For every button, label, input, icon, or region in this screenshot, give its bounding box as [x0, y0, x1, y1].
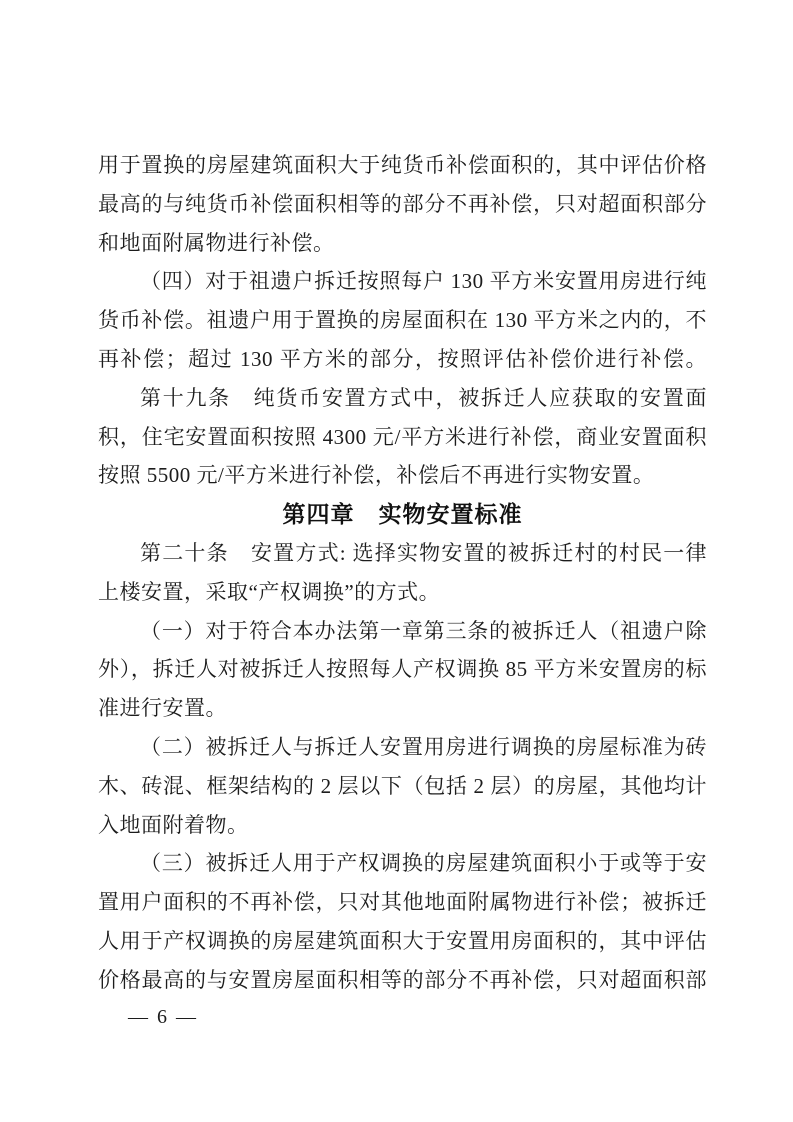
- text-line: 第十九条 纯货币安置方式中，被拆迁人应获取的安置面: [98, 379, 707, 418]
- text-line: 第二十条 安置方式: 选择实物安置的被拆迁村的村民一律: [98, 534, 707, 573]
- page-footer: — 6 —: [128, 1002, 198, 1032]
- text-line: 和地面附属物进行补偿。: [98, 224, 707, 263]
- text-line: 价格最高的与安置房屋面积相等的部分不再补偿，只对超面积部: [98, 961, 707, 1000]
- paragraph: （四）对于祖遗户拆迁按照每户 130 平方米安置用房进行纯货币补偿。祖遗户用于置…: [98, 262, 707, 378]
- text-line: （二）被拆迁人与拆迁人安置用房进行调换的房屋标准为砖: [98, 728, 707, 767]
- text-line: 最高的与纯货币补偿面积相等的部分不再补偿，只对超面积部分: [98, 185, 707, 224]
- paragraph: 第十九条 纯货币安置方式中，被拆迁人应获取的安置面积，住宅安置面积按照 4300…: [98, 379, 707, 495]
- paragraph: 第二十条 安置方式: 选择实物安置的被拆迁村的村民一律上楼安置，采取“产权调换”…: [98, 534, 707, 612]
- document-page: 用于置换的房屋建筑面积大于纯货币补偿面积的，其中评估价格最高的与纯货币补偿面积相…: [0, 0, 793, 1122]
- text-line: 积，住宅安置面积按照 4300 元/平方米进行补偿，商业安置面积: [98, 418, 707, 457]
- text-line: （一）对于符合本办法第一章第三条的被拆迁人（祖遗户除: [98, 612, 707, 651]
- paragraph: （一）对于符合本办法第一章第三条的被拆迁人（祖遗户除外），拆迁人对被拆迁人按照每…: [98, 612, 707, 728]
- paragraph: 用于置换的房屋建筑面积大于纯货币补偿面积的，其中评估价格最高的与纯货币补偿面积相…: [98, 146, 707, 262]
- text-line: 用于置换的房屋建筑面积大于纯货币补偿面积的，其中评估价格: [98, 146, 707, 185]
- text-line: 人用于产权调换的房屋建筑面积大于安置用房面积的，其中评估: [98, 922, 707, 961]
- text-line: （四）对于祖遗户拆迁按照每户 130 平方米安置用房进行纯: [98, 262, 707, 301]
- text-line: 上楼安置，采取“产权调换”的方式。: [98, 573, 707, 612]
- text-line: 入地面附着物。: [98, 806, 707, 845]
- text-line: 木、砖混、框架结构的 2 层以下（包括 2 层）的房屋，其他均计: [98, 767, 707, 806]
- text-line: 置用户面积的不再补偿，只对其他地面附属物进行补偿；被拆迁: [98, 883, 707, 922]
- paragraph: （二）被拆迁人与拆迁人安置用房进行调换的房屋标准为砖木、砖混、框架结构的 2 层…: [98, 728, 707, 844]
- text-line: 货币补偿。祖遗户用于置换的房屋面积在 130 平方米之内的，不: [98, 301, 707, 340]
- text-line: 外），拆迁人对被拆迁人按照每人产权调换 85 平方米安置房的标: [98, 650, 707, 689]
- paragraph: （三）被拆迁人用于产权调换的房屋建筑面积小于或等于安置用户面积的不再补偿，只对其…: [98, 844, 707, 999]
- text-line: 准进行安置。: [98, 689, 707, 728]
- document-body: 用于置换的房屋建筑面积大于纯货币补偿面积的，其中评估价格最高的与纯货币补偿面积相…: [98, 146, 707, 1000]
- page-number: — 6 —: [128, 1006, 198, 1028]
- text-line: 按照 5500 元/平方米进行补偿，补偿后不再进行实物安置。: [98, 456, 707, 495]
- text-line: （三）被拆迁人用于产权调换的房屋建筑面积小于或等于安: [98, 844, 707, 883]
- text-line: 再补偿；超过 130 平方米的部分，按照评估补偿价进行补偿。: [98, 340, 707, 379]
- chapter-heading: 第四章 实物安置标准: [98, 495, 707, 534]
